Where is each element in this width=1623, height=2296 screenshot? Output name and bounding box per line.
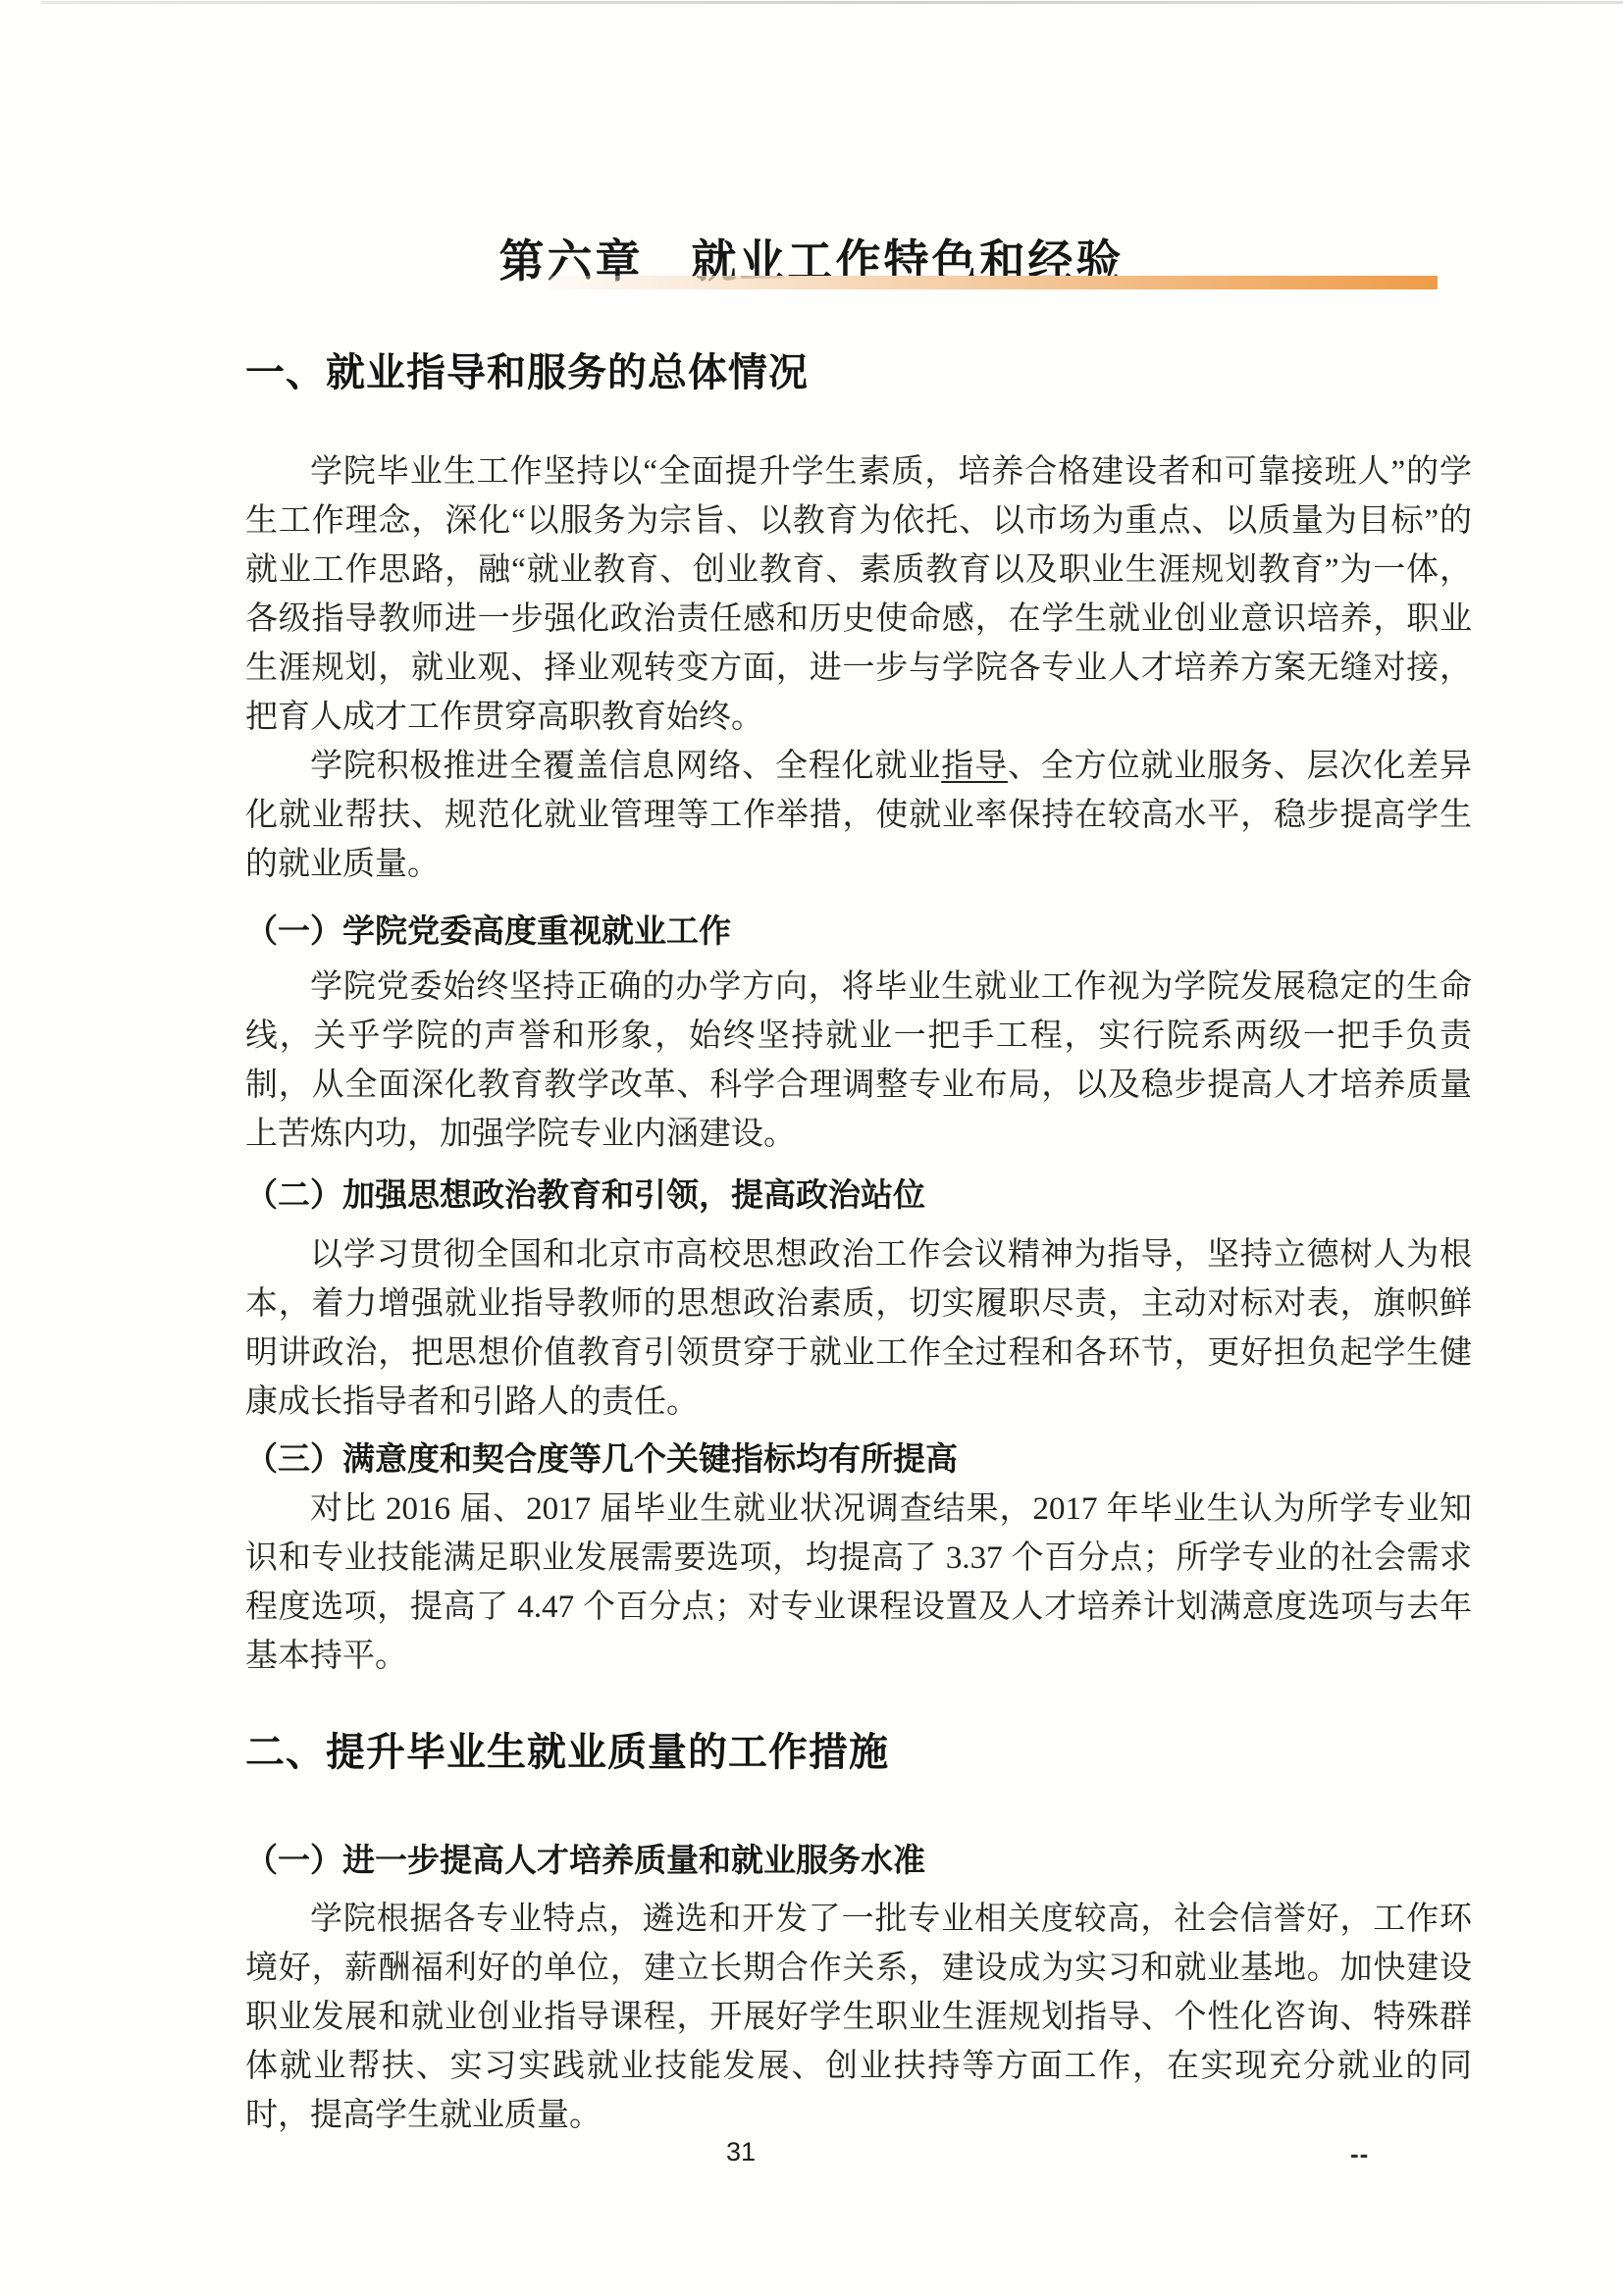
subsection-1-1-paragraph: 学院党委始终坚持正确的办学方向，将毕业生就业工作视为学院发展稳定的生命线，关乎学…	[245, 963, 1472, 1159]
subsection-1-2-paragraph: 以学习贯彻全国和北京市高校思想政治工作会议精神为指导，坚持立德树人为根本，着力增…	[245, 1230, 1472, 1427]
footer-page-number: 31	[687, 2137, 795, 2167]
title-accent-divider	[548, 276, 1438, 289]
section-2-heading: 二、提升毕业生就业质量的工作措施	[245, 1727, 1472, 1778]
document-body: 一、就业指导和服务的总体情况 学院毕业生工作坚持以“全面提升学生素质，培养合格建…	[245, 347, 1472, 2140]
subsection-1-3-paragraph: 对比 2016 届、2017 届毕业生就业状况调查结果，2017 年毕业生认为所…	[245, 1485, 1472, 1681]
subsection-2-1-paragraph: 学院根据各专业特点，遴选和开发了一批专业相关度较高，社会信誉好，工作环境好，薪酬…	[245, 1895, 1472, 2140]
subsection-2-1-heading: （一）进一步提高人才培养质量和就业服务水准	[245, 1838, 1472, 1883]
subsection-1-1-heading: （一）学院党委高度重视就业工作	[245, 909, 1472, 954]
section-1-intro-paragraph: 学院毕业生工作坚持以“全面提升学生素质，培养合格建设者和可靠接班人”的学生工作理…	[245, 447, 1472, 742]
document-page: 第六章 就业工作特色和经验 一、就业指导和服务的总体情况 学院毕业生工作坚持以“…	[0, 0, 1623, 2296]
footer-trailing-mark: --	[1350, 2139, 1369, 2169]
subsection-1-3-heading: （三）满意度和契合度等几个关键指标均有所提高	[245, 1436, 1472, 1482]
section-1-heading: 一、就业指导和服务的总体情况	[245, 347, 1472, 398]
scan-artifact-top-line	[41, 1, 1623, 4]
promotion-paragraph-underlined-word: 指导	[941, 749, 1008, 784]
promotion-paragraph-text-pre: 学院积极推进全覆盖信息网络、全程化就业	[310, 749, 941, 784]
section-1-promotion-paragraph: 学院积极推进全覆盖信息网络、全程化就业指导、全方位就业服务、层次化差异化就业帮扶…	[245, 742, 1472, 889]
subsection-1-2-heading: （二）加强思想政治教育和引领，提高政治站位	[245, 1173, 1472, 1218]
